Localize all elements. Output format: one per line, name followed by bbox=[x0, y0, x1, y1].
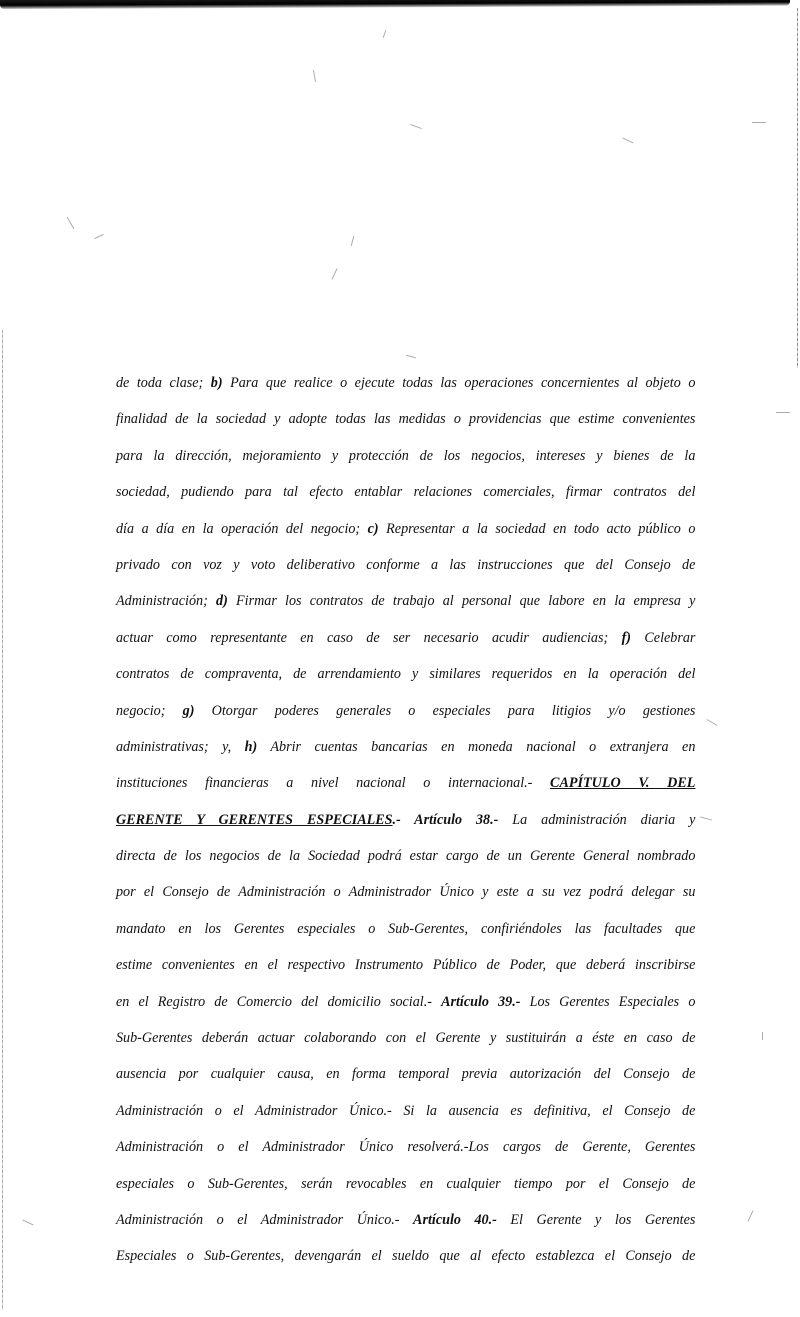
scan-speck bbox=[332, 268, 338, 279]
text-line: Administración o el Administrador Único.… bbox=[116, 1202, 695, 1238]
text-segment: Sub-Gerentes deberán actuar colaborando … bbox=[116, 1029, 695, 1046]
text-segment: estime convenientes en el respectivo Ins… bbox=[116, 956, 695, 973]
scan-speck bbox=[351, 236, 355, 246]
text-segment: contratos de compraventa, de arrendamien… bbox=[116, 665, 695, 682]
scan-speck bbox=[700, 816, 712, 820]
text-segment: privado con voz y voto deliberativo conf… bbox=[116, 556, 695, 573]
article-label: Artículo 39.- bbox=[441, 993, 520, 1010]
article-label: b) bbox=[211, 374, 223, 391]
text-line: en el Registro de Comercio del domicilio… bbox=[116, 984, 695, 1020]
scan-speck bbox=[762, 1032, 763, 1040]
text-line: GERENTE Y GERENTES ESPECIALES.- Artículo… bbox=[116, 802, 695, 838]
text-segment: Administración o el Administrador Único … bbox=[116, 1138, 695, 1155]
text-segment: actuar como representante en caso de ser… bbox=[116, 629, 622, 646]
text-segment: Abrir cuentas bancarias en moneda nacion… bbox=[257, 738, 695, 755]
text-segment: ausencia por cualquier causa, en forma t… bbox=[116, 1065, 695, 1082]
text-line: Especiales o Sub-Gerentes, devengarán el… bbox=[116, 1238, 695, 1274]
scan-right-edge bbox=[797, 8, 798, 368]
text-line: administrativas; y, h) Abrir cuentas ban… bbox=[116, 729, 695, 765]
text-line: negocio; g) Otorgar poderes generales o … bbox=[116, 693, 695, 729]
text-line: Sub-Gerentes deberán actuar colaborando … bbox=[116, 1020, 695, 1056]
scan-speck bbox=[410, 124, 422, 129]
text-segment: Administración; bbox=[116, 592, 216, 609]
text-line: especiales o Sub-Gerentes, serán revocab… bbox=[116, 1166, 695, 1202]
text-line: instituciones financieras a nivel nacion… bbox=[116, 765, 695, 801]
text-segment: instituciones financieras a nivel nacion… bbox=[116, 774, 550, 791]
chapter-heading: CAPÍTULO V. DEL bbox=[550, 774, 695, 791]
scan-speck bbox=[776, 412, 790, 413]
article-label: Artículo 40.- bbox=[413, 1211, 497, 1228]
text-segment: negocio; bbox=[116, 702, 183, 719]
text-segment: Firmar los contratos de trabajo al perso… bbox=[228, 592, 696, 609]
text-segment: Celebrar bbox=[631, 629, 695, 646]
text-line: por el Consejo de Administración o Admin… bbox=[116, 874, 695, 910]
article-label: g) bbox=[183, 702, 195, 719]
text-segment: mandato en los Gerentes especiales o Sub… bbox=[116, 920, 695, 937]
text-segment: en el Registro de Comercio del domicilio… bbox=[116, 993, 441, 1010]
scan-speck bbox=[707, 719, 718, 726]
text-line: actuar como representante en caso de ser… bbox=[116, 620, 695, 656]
text-segment: de toda clase; bbox=[116, 374, 211, 391]
text-segment: administrativas; y, bbox=[116, 738, 245, 755]
text-line: contratos de compraventa, de arrendamien… bbox=[116, 656, 695, 692]
text-segment: Otorgar poderes generales o especiales p… bbox=[194, 702, 695, 719]
text-line: de toda clase; b) Para que realice o eje… bbox=[116, 365, 695, 401]
scan-speck bbox=[383, 30, 387, 38]
text-line: privado con voz y voto deliberativo conf… bbox=[116, 547, 695, 583]
text-segment: por el Consejo de Administración o Admin… bbox=[116, 883, 695, 900]
text-segment: Especiales o Sub-Gerentes, devengarán el… bbox=[116, 1247, 695, 1264]
text-line: finalidad de la sociedad y adopte todas … bbox=[116, 401, 695, 437]
text-segment: finalidad de la sociedad y adopte todas … bbox=[116, 410, 695, 427]
text-line: ausencia por cualquier causa, en forma t… bbox=[116, 1056, 695, 1092]
scan-speck bbox=[94, 234, 103, 239]
article-label: c) bbox=[368, 520, 379, 537]
scan-top-edge-mark bbox=[0, 0, 790, 9]
scan-speck bbox=[622, 138, 633, 144]
article-label: .- Artículo 38.- bbox=[393, 811, 499, 828]
scan-speck bbox=[748, 1210, 754, 1221]
text-line: Administración o el Administrador Único.… bbox=[116, 1093, 695, 1129]
text-segment: Para que realice o ejecute todas las ope… bbox=[223, 374, 696, 391]
scan-speck bbox=[406, 355, 416, 359]
scan-speck bbox=[752, 122, 766, 123]
text-line: Administración; d) Firmar los contratos … bbox=[116, 583, 695, 619]
scan-left-edge bbox=[2, 330, 3, 1310]
chapter-heading: GERENTE Y GERENTES ESPECIALES bbox=[116, 811, 393, 828]
text-segment: El Gerente y los Gerentes bbox=[497, 1211, 696, 1228]
text-segment: especiales o Sub-Gerentes, serán revocab… bbox=[116, 1175, 695, 1192]
text-line: Administración o el Administrador Único … bbox=[116, 1129, 695, 1165]
text-segment: Administración o el Administrador Único.… bbox=[116, 1102, 695, 1119]
text-segment: Los Gerentes Especiales o bbox=[520, 993, 695, 1010]
text-line: estime convenientes en el respectivo Ins… bbox=[116, 947, 695, 983]
scan-speck bbox=[22, 1220, 33, 1226]
article-label: f) bbox=[622, 629, 631, 646]
text-line: para la dirección, mejoramiento y protec… bbox=[116, 438, 695, 474]
text-segment: Administración o el Administrador Único.… bbox=[116, 1211, 413, 1228]
text-line: mandato en los Gerentes especiales o Sub… bbox=[116, 911, 695, 947]
text-segment: sociedad, pudiendo para tal efecto entab… bbox=[116, 483, 695, 500]
article-label: h) bbox=[245, 738, 258, 755]
text-segment: día a día en la operación del negocio; bbox=[116, 520, 368, 537]
text-line: directa de los negocios de la Sociedad p… bbox=[116, 838, 695, 874]
scan-speck bbox=[313, 70, 316, 82]
text-segment: para la dirección, mejoramiento y protec… bbox=[116, 447, 695, 464]
text-line: sociedad, pudiendo para tal efecto entab… bbox=[116, 474, 695, 510]
scan-speck bbox=[67, 217, 75, 230]
text-segment: Representar a la sociedad en todo acto p… bbox=[379, 520, 696, 537]
document-body: de toda clase; b) Para que realice o eje… bbox=[116, 365, 696, 1275]
article-label: d) bbox=[216, 592, 228, 609]
text-segment: La administración diaria y bbox=[498, 811, 695, 828]
text-segment: directa de los negocios de la Sociedad p… bbox=[116, 847, 695, 864]
text-line: día a día en la operación del negocio; c… bbox=[116, 511, 695, 547]
